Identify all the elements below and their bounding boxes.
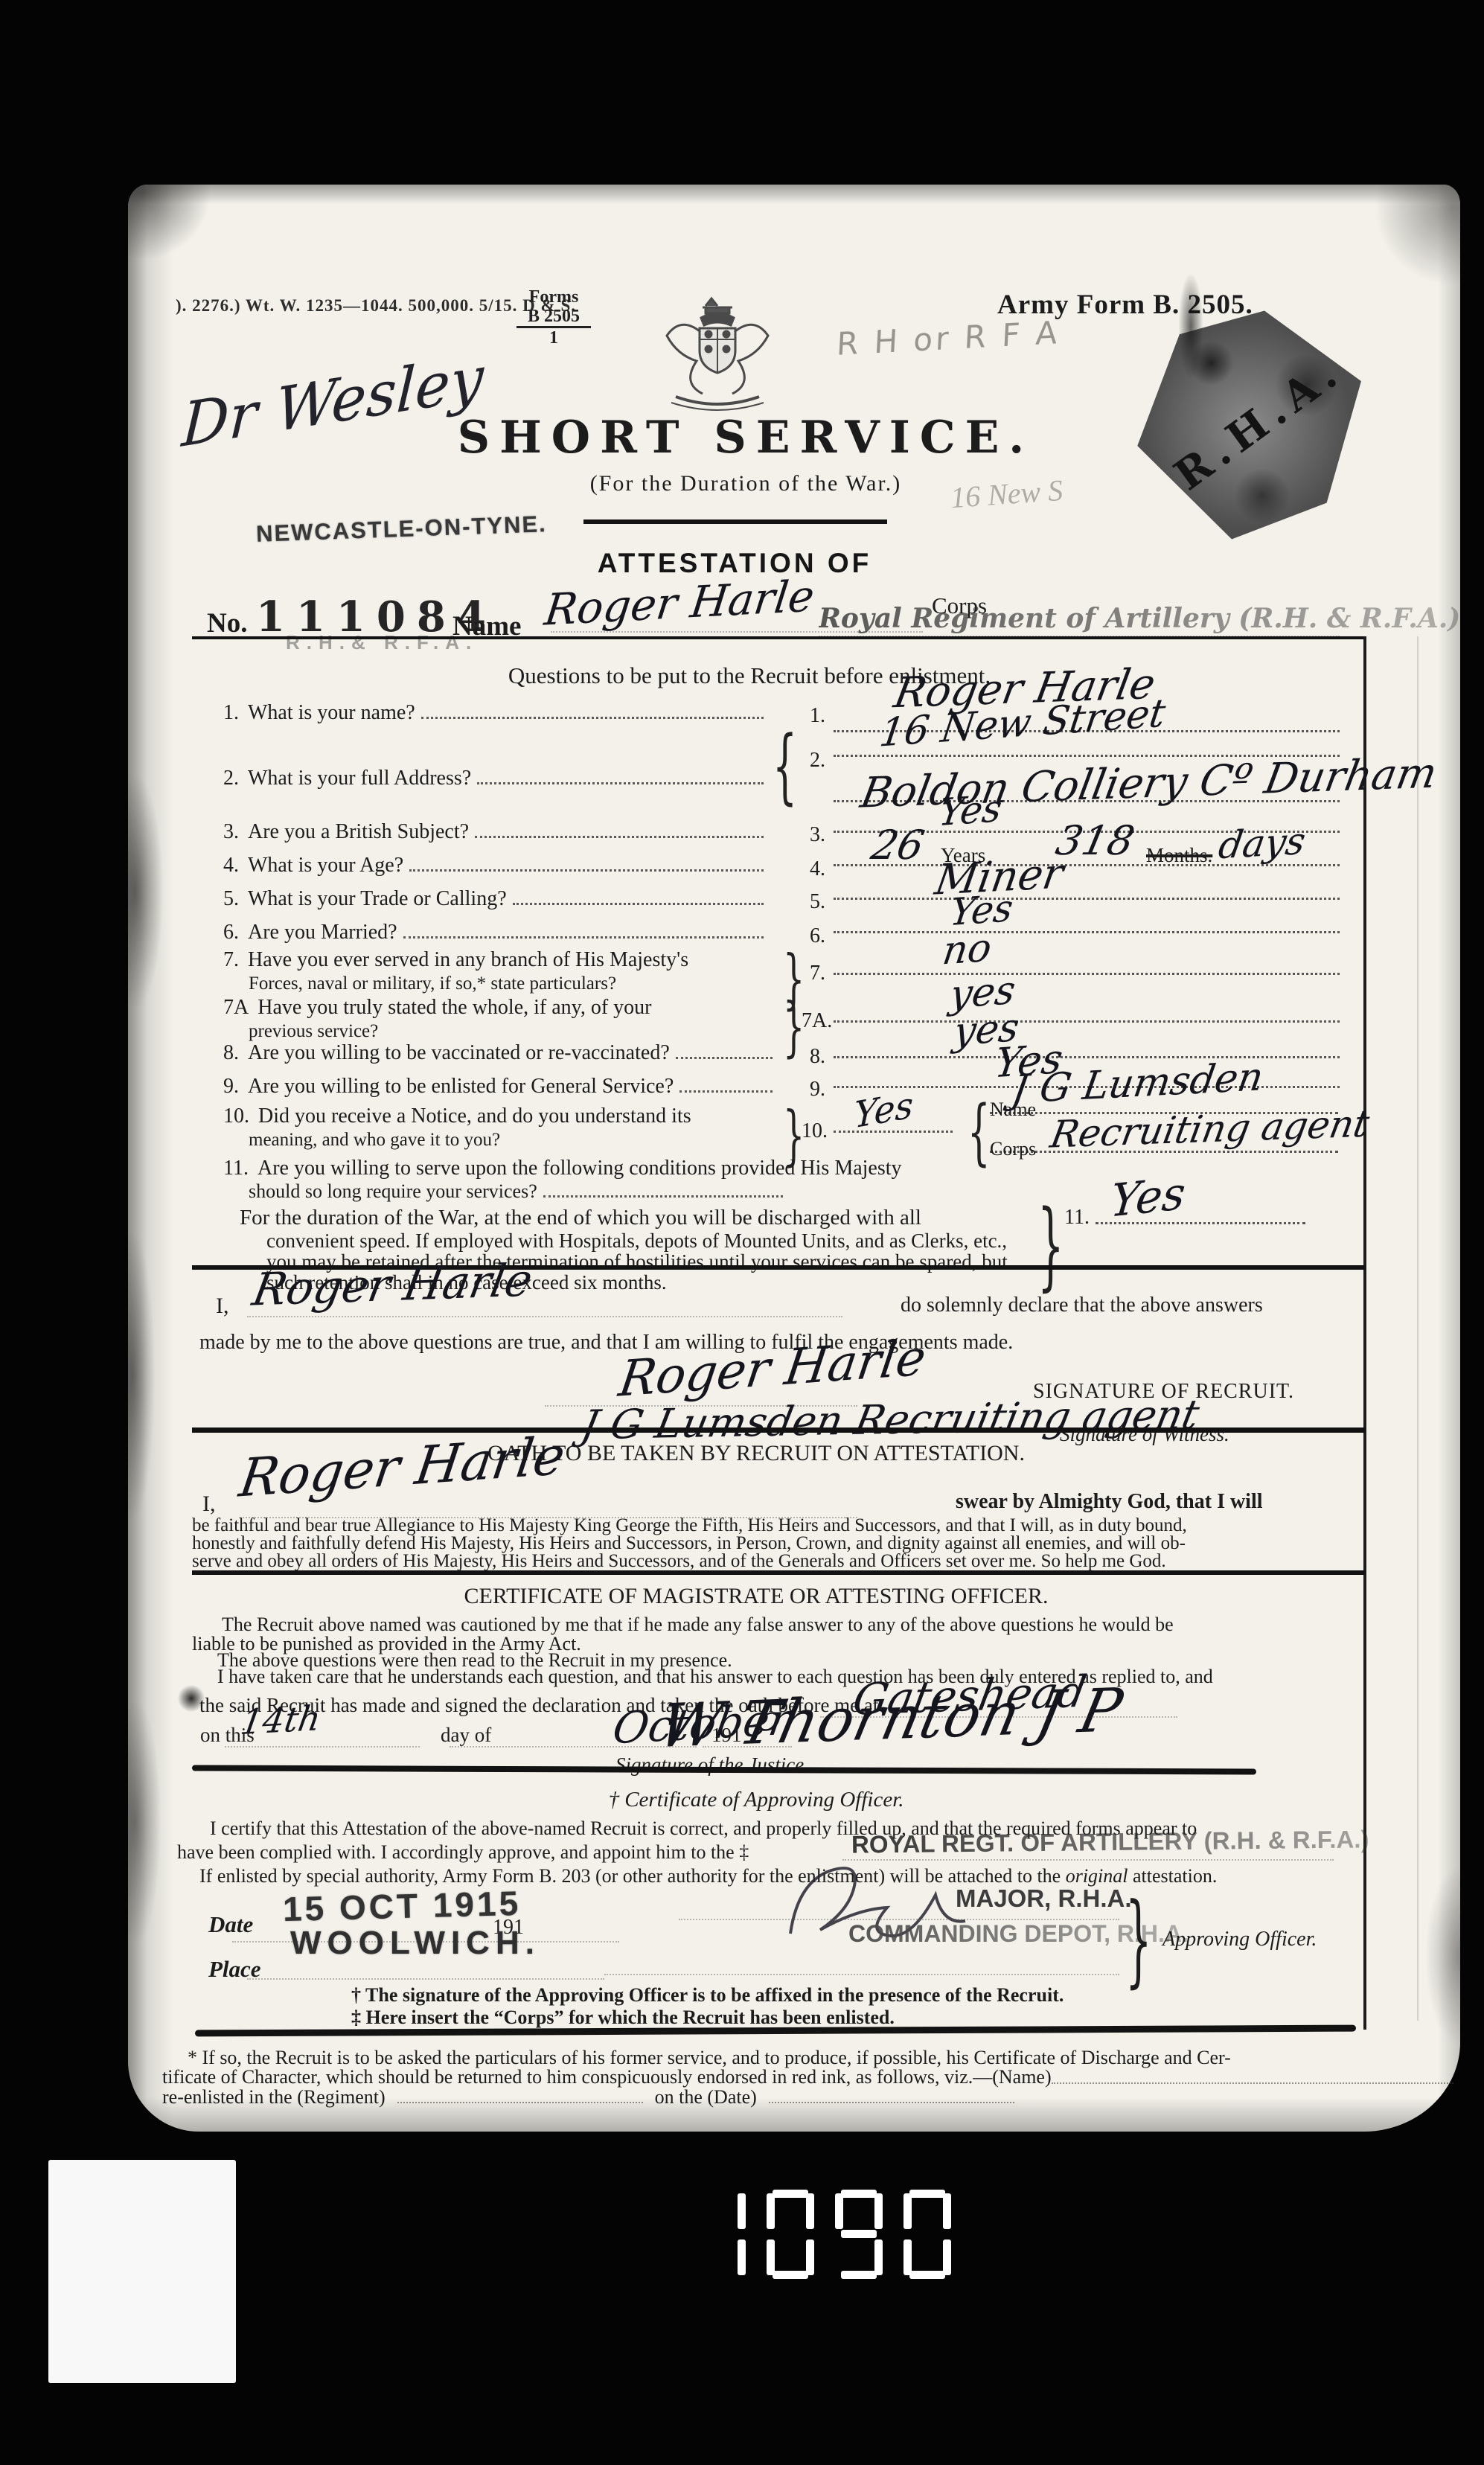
rha-patch: R.H.A. bbox=[1129, 299, 1368, 551]
question-5-answer-line bbox=[834, 898, 1340, 900]
question-4-days-word: days bbox=[1215, 819, 1308, 868]
question-7-num-right: 7. bbox=[810, 962, 825, 985]
question-10-answer: Yes bbox=[854, 1084, 914, 1136]
question-7-answer-line bbox=[834, 973, 1340, 975]
service-number-understamp: R.H.& R.F.A. bbox=[286, 631, 478, 654]
commanding-line bbox=[604, 1974, 1119, 1975]
justice-signature: W Thornton J P bbox=[653, 1675, 1128, 1761]
rha-patch-label: R.H.A. bbox=[1165, 346, 1352, 500]
approving-officer-brace: } bbox=[1125, 1883, 1152, 1999]
question-7a-label-line2: previous service? bbox=[249, 1021, 378, 1042]
date-blank-line bbox=[769, 2085, 1014, 2103]
question-11-brace: } bbox=[1037, 1191, 1064, 1302]
declaration-name-line bbox=[247, 1316, 842, 1317]
question-8-label: 8. Are you willing to be vaccinated or r… bbox=[223, 1041, 774, 1065]
place-stamp: WOOLWICH. bbox=[290, 1925, 540, 1962]
question-4-years-value: 26 bbox=[867, 822, 928, 869]
star-footnote-line3: re-enlisted in the (Regiment)on the (Dat… bbox=[162, 2085, 1014, 2108]
question-11-num-right: 11. bbox=[1064, 1206, 1090, 1230]
question-3-answer: Yes bbox=[936, 787, 1005, 835]
question-2-num-right: 2. bbox=[810, 749, 825, 773]
oath-top-rule bbox=[192, 1427, 1365, 1433]
question-6-label: 6. Are you Married? bbox=[223, 921, 765, 944]
form-title: SHORT SERVICE. bbox=[351, 412, 1140, 464]
question-1-label: 1. What is your name? bbox=[223, 701, 765, 725]
magistrate-top-rule bbox=[192, 1570, 1365, 1575]
questions-box-right-border bbox=[1363, 636, 1366, 2030]
footnote-double-dagger: ‡ Here insert the “Corps” for which the … bbox=[351, 2007, 895, 2029]
footnote-dagger: † The signature of the Approving Officer… bbox=[351, 1984, 1064, 2007]
question-7a-answer-line bbox=[834, 1020, 1340, 1023]
declaration-right-text: do solemnly declare that the above answe… bbox=[901, 1294, 1263, 1317]
place-line bbox=[247, 1978, 604, 1980]
approving-officer-label: Approving Officer. bbox=[1162, 1928, 1317, 1951]
question-4-num-right: 4. bbox=[810, 857, 825, 881]
question-10-num-right: 10. bbox=[802, 1119, 828, 1143]
question-10-corps-label: Corps bbox=[990, 1138, 1036, 1160]
question-10-corps-value: Recruiting agent bbox=[1047, 1102, 1372, 1156]
question-11-label: 11. Are you willing to serve upon the fo… bbox=[223, 1157, 982, 1180]
question-4-label: 4. What is your Age? bbox=[223, 854, 765, 877]
question-3-label: 3. Are you a British Subject? bbox=[223, 820, 765, 844]
royal-crest-icon bbox=[653, 292, 781, 413]
regiment-blank-line bbox=[397, 2085, 643, 2103]
forms-number: B 2505 bbox=[516, 307, 591, 328]
forms-label: Forms bbox=[516, 287, 591, 307]
no-label: No. bbox=[207, 607, 247, 639]
question-5-num-right: 5. bbox=[810, 890, 825, 914]
question-10-label: 10. Did you receive a Notice, and do you… bbox=[223, 1104, 774, 1128]
recruit-name-header: Roger Harle bbox=[542, 570, 817, 635]
date-label: Date bbox=[208, 1911, 253, 1938]
question-5-label: 5. What is your Trade or Calling? bbox=[223, 887, 765, 911]
question-7-answer: no bbox=[940, 925, 994, 973]
declaration-i-label: I, bbox=[216, 1294, 229, 1319]
question-10-label-line2: meaning, and who gave it to you? bbox=[249, 1130, 500, 1151]
questions-box-top-rule bbox=[192, 636, 1365, 639]
question-2-brace: { bbox=[773, 720, 797, 814]
question-9-num-right: 9. bbox=[810, 1078, 825, 1102]
major-rha-stamp: MAJOR, R.H.A. bbox=[956, 1884, 1132, 1913]
name-blank-line bbox=[1052, 2066, 1453, 2084]
question-3-num-right: 3. bbox=[810, 823, 825, 847]
scanned-form-paper: ). 2276.) Wt. W. 1235—1044. 500,000. 5/1… bbox=[128, 185, 1460, 2132]
forms-denominator: 1 bbox=[516, 328, 591, 348]
date-stamp: 15 OCT 1915 bbox=[282, 1883, 521, 1929]
oath-i-label: I, bbox=[202, 1492, 216, 1517]
question-1-num-right: 1. bbox=[810, 704, 825, 728]
question-7a-num-right: 7A. bbox=[802, 1009, 832, 1033]
question-11-answer-line bbox=[1096, 1222, 1305, 1224]
paper-crease-line bbox=[1417, 636, 1419, 2021]
question-10-corps-line bbox=[990, 1151, 1338, 1153]
question-7-label-line2: Forces, naval or military, if so,* state… bbox=[249, 973, 616, 994]
magistrate-day-of: day of bbox=[441, 1724, 491, 1747]
oath-swear-line: swear by Almighty God, that I will bbox=[956, 1490, 1263, 1514]
magistrate-heading: CERTIFICATE OF MAGISTRATE OR ATTESTING O… bbox=[406, 1584, 1106, 1609]
question-7-label: 7. Have you ever served in any branch of… bbox=[223, 948, 774, 972]
declaration-name: Roger Harle bbox=[249, 1254, 537, 1317]
day-line bbox=[225, 1746, 420, 1748]
question-10-answer-line bbox=[834, 1131, 953, 1133]
oath-body-line3: serve and obey all orders of His Majesty… bbox=[192, 1551, 1166, 1572]
question-2-label: 2. What is your full Address? bbox=[223, 767, 765, 790]
question-6-answer-line bbox=[834, 931, 1340, 933]
question-8-num-right: 8. bbox=[810, 1045, 825, 1069]
corps-stamp: Royal Regiment of Artillery (R.H. & R.F.… bbox=[819, 603, 1460, 634]
question-2-answer2-line bbox=[834, 800, 1340, 802]
approving-line2: have been complied with. I accordingly a… bbox=[177, 1841, 749, 1864]
question-11-label-line2: should so long require your services? bbox=[249, 1180, 784, 1203]
forms-fraction: Forms B 2505 1 bbox=[516, 287, 591, 348]
pencil-annotation-mid: 16 New S bbox=[950, 473, 1064, 515]
question-9-label: 9. Are you willing to be enlisted for Ge… bbox=[223, 1075, 774, 1099]
blank-white-card bbox=[48, 2160, 236, 2383]
approving-heading: † Certificate of Approving Officer. bbox=[406, 1788, 1106, 1812]
frame-counter bbox=[698, 2190, 951, 2283]
pencil-annotation-top: R H or R F A bbox=[836, 314, 1061, 362]
conditions-line2: convenient speed. If employed with Hospi… bbox=[266, 1230, 1007, 1253]
newcastle-stamp: NEWCASTLE-ON-TYNE. bbox=[255, 511, 547, 548]
question-7a-label: 7A Have you truly stated the whole, if a… bbox=[223, 996, 774, 1020]
question-11-answer: Yes bbox=[1108, 1167, 1189, 1228]
oath-day-script: 14th bbox=[238, 1698, 324, 1742]
question-4-months-label: Months. bbox=[1146, 844, 1212, 867]
conditions-line1: For the duration of the War, at the end … bbox=[240, 1206, 921, 1230]
question-6-num-right: 6. bbox=[810, 924, 825, 948]
attestation-rule bbox=[583, 519, 887, 524]
oath-name: Roger Harle bbox=[236, 1425, 569, 1509]
